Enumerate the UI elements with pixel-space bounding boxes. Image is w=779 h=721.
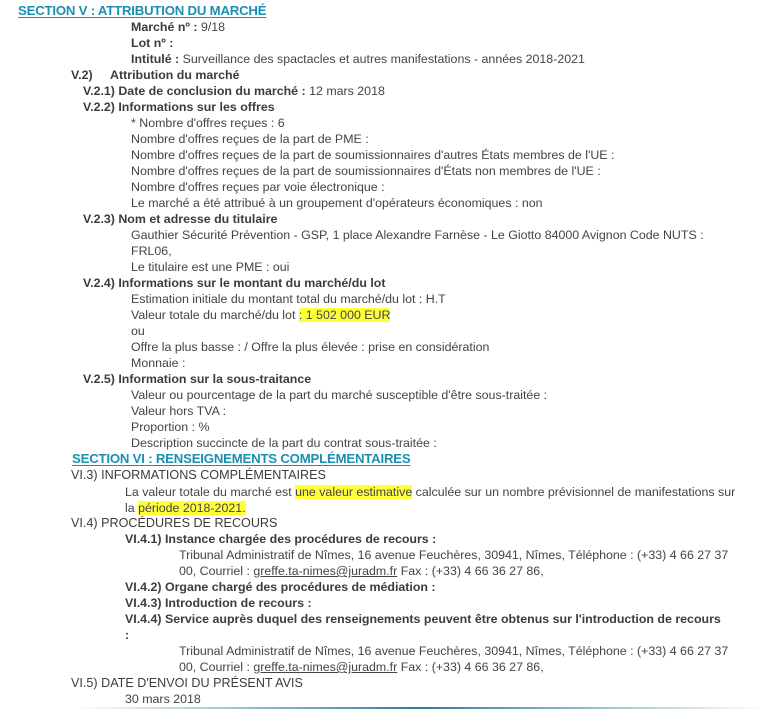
vi44-colon: : — [125, 627, 129, 643]
v21-date-conclusion: V.2.1) Date de conclusion du marché : 12… — [83, 83, 385, 99]
vi44-email-link[interactable]: greffe.ta-nimes@juradm.fr — [253, 660, 397, 674]
marche-number: Marché nº : 9/18 — [131, 19, 225, 35]
v24-valeur-label: Valeur totale du marché/du lot — [131, 308, 295, 322]
vi3-highlight-periode: période 2018-2021. — [138, 501, 245, 515]
intitule-label: Intitulé : — [131, 52, 179, 66]
v23-title: V.2.3) Nom et adresse du titulaire — [83, 211, 277, 227]
v24-valeur-totale: Valeur totale du marché/du lot : 1 502 0… — [131, 307, 390, 323]
vi44-text: 00, Courriel : — [179, 660, 253, 674]
v22-line: Nombre d'offres reçues par voie électron… — [131, 179, 385, 195]
v25-line: Valeur hors TVA : — [131, 403, 226, 419]
v22-title: V.2.2) Informations sur les offres — [83, 99, 275, 115]
lot-label: Lot nº : — [131, 36, 173, 50]
vi3-text: La valeur totale du marché est — [125, 485, 295, 499]
vi41-text: Fax : (+33) 4 66 36 27 86, — [397, 564, 543, 578]
section-vi-heading[interactable]: SECTION VI : RENSEIGNEMENTS COMPLÉMENTAI… — [72, 451, 410, 467]
vi41-line1: Tribunal Administratif de Nîmes, 16 aven… — [179, 547, 728, 563]
vi5-date: 30 mars 2018 — [125, 691, 201, 707]
vi3-title: VI.3) INFORMATIONS COMPLÉMENTAIRES — [71, 467, 326, 483]
v21-title: V.2.1) Date de conclusion du marché : — [83, 84, 306, 98]
v22-line: Nombre d'offres reçues de la part de PME… — [131, 131, 369, 147]
vi3-paragraph-line2: la période 2018-2021. — [125, 500, 246, 516]
v22-line: Nombre d'offres reçues de la part de sou… — [131, 163, 601, 179]
v24-ou: ou — [131, 323, 145, 339]
v2-number: V.2) — [71, 68, 93, 82]
vi41-line2: 00, Courriel : greffe.ta-nimes@juradm.fr… — [179, 563, 544, 579]
vi44-line2: 00, Courriel : greffe.ta-nimes@juradm.fr… — [179, 659, 544, 675]
vi41-email-link[interactable]: greffe.ta-nimes@juradm.fr — [253, 564, 397, 578]
v21-value: 12 mars 2018 — [309, 84, 385, 98]
v24-offre: Offre la plus basse : / Offre la plus él… — [131, 339, 489, 355]
vi44-line1: Tribunal Administratif de Nîmes, 16 aven… — [179, 643, 728, 659]
vi3-highlight-estimative: une valeur estimative — [295, 485, 412, 499]
v23-line: Gauthier Sécurité Prévention - GSP, 1 pl… — [131, 227, 704, 243]
vi41-text: 00, Courriel : — [179, 564, 253, 578]
bottom-divider — [75, 707, 765, 709]
section-v-heading[interactable]: SECTION V : ATTRIBUTION DU MARCHÉ — [18, 3, 266, 19]
v25-line: Proportion : % — [131, 419, 210, 435]
v25-line: Description succincte de la part du cont… — [131, 435, 437, 451]
v25-line: Valeur ou pourcentage de la part du marc… — [131, 387, 547, 403]
vi43-title: VI.4.3) Introduction de recours : — [125, 595, 312, 611]
vi41-title: VI.4.1) Instance chargée des procédures … — [125, 531, 436, 547]
marche-value: 9/18 — [201, 20, 225, 34]
vi3-text: calculée sur un nombre prévisionnel de m… — [412, 485, 735, 499]
v22-line: Le marché a été attribué à un groupement… — [131, 195, 543, 211]
marche-label: Marché nº : — [131, 20, 198, 34]
vi44-title: VI.4.4) Service auprès duquel des rensei… — [125, 611, 721, 627]
v2-heading: V.2) Attribution du marché — [71, 67, 239, 83]
v24-valeur-value-highlight: : 1 502 000 EUR — [299, 308, 391, 322]
intitule-value: Surveillance des spactacles et autres ma… — [183, 52, 585, 66]
v2-title: Attribution du marché — [110, 68, 239, 82]
v24-estimation: Estimation initiale du montant total du … — [131, 291, 446, 307]
lot-number: Lot nº : — [131, 35, 173, 51]
vi3-paragraph-line1: La valeur totale du marché est une valeu… — [125, 484, 735, 500]
vi3-text: la — [125, 501, 138, 515]
v22-line: * Nombre d'offres reçues : 6 — [131, 115, 285, 131]
vi5-title: VI.5) DATE D'ENVOI DU PRÉSENT AVIS — [71, 675, 303, 691]
vi4-title: VI.4) PROCÉDURES DE RECOURS — [71, 515, 277, 531]
v25-title: V.2.5) Information sur la sous-traitance — [83, 371, 311, 387]
v24-title: V.2.4) Informations sur le montant du ma… — [83, 275, 385, 291]
vi42-title: VI.4.2) Organe chargé des procédures de … — [125, 579, 436, 595]
vi44-text: Fax : (+33) 4 66 36 27 86, — [397, 660, 543, 674]
v22-line: Nombre d'offres reçues de la part de sou… — [131, 147, 614, 163]
v23-line: Le titulaire est une PME : oui — [131, 259, 289, 275]
intitule: Intitulé : Surveillance des spactacles e… — [131, 51, 585, 67]
v24-monnaie: Monnaie : — [131, 355, 185, 371]
v23-line: FRL06, — [131, 243, 172, 259]
